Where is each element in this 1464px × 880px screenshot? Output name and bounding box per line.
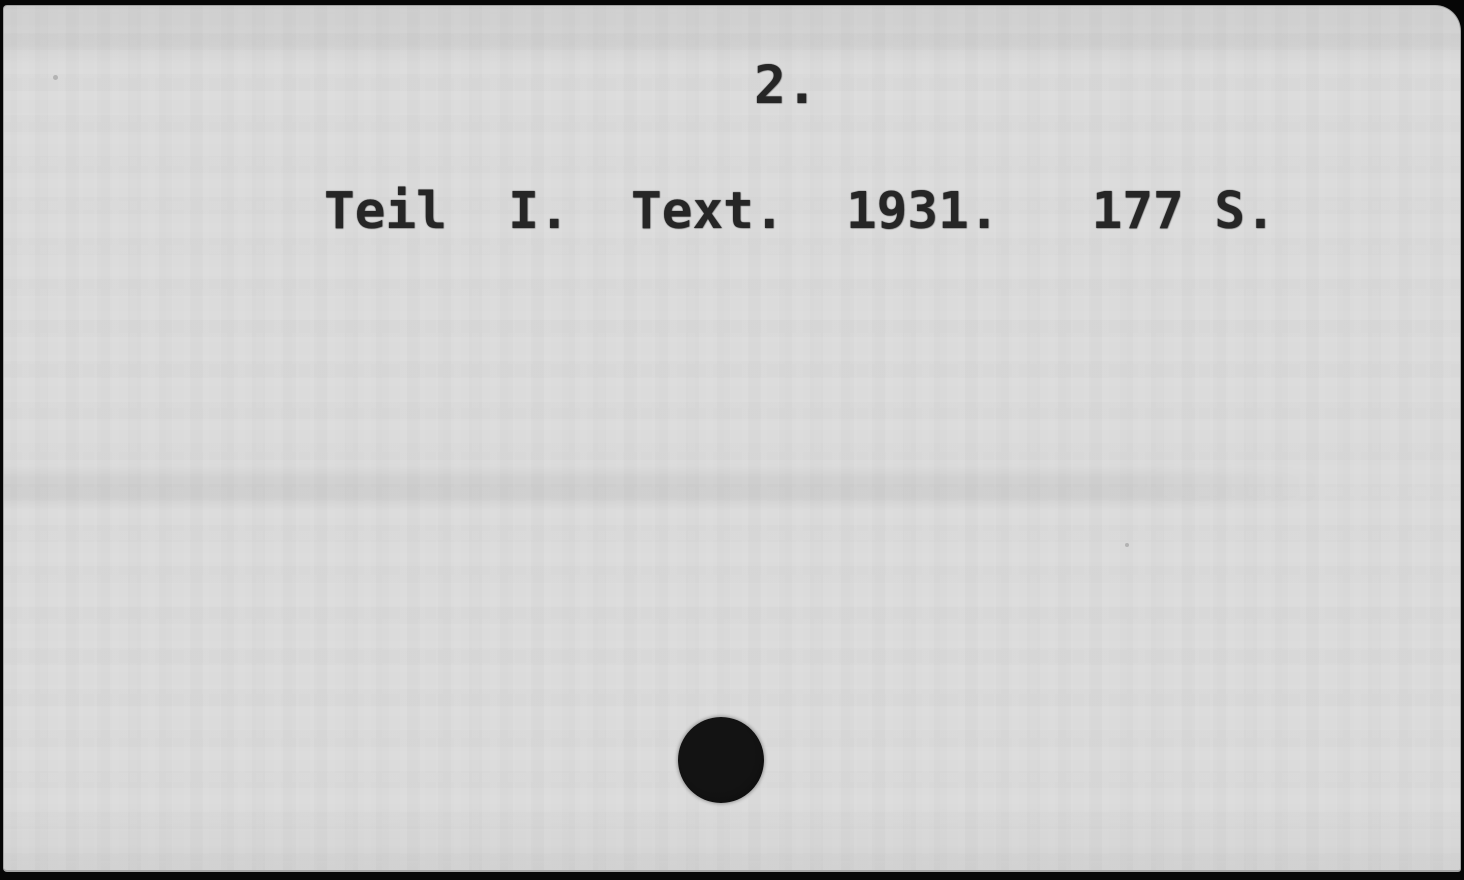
scan-speck — [1125, 543, 1129, 547]
scan-band-top — [4, 6, 1460, 64]
card-number-heading: 2. — [754, 59, 818, 112]
scan-speck — [53, 75, 58, 80]
ink-dot-mark — [678, 717, 764, 803]
catalog-card: 2. Teil I. Text. 1931. 177 S. — [3, 5, 1461, 872]
scan-band-bottom — [4, 806, 1460, 870]
scanned-page: 2. Teil I. Text. 1931. 177 S. — [0, 0, 1464, 880]
scan-band-middle — [4, 464, 1324, 510]
catalog-entry-line: Teil I. Text. 1931. 177 S. — [324, 186, 1276, 237]
